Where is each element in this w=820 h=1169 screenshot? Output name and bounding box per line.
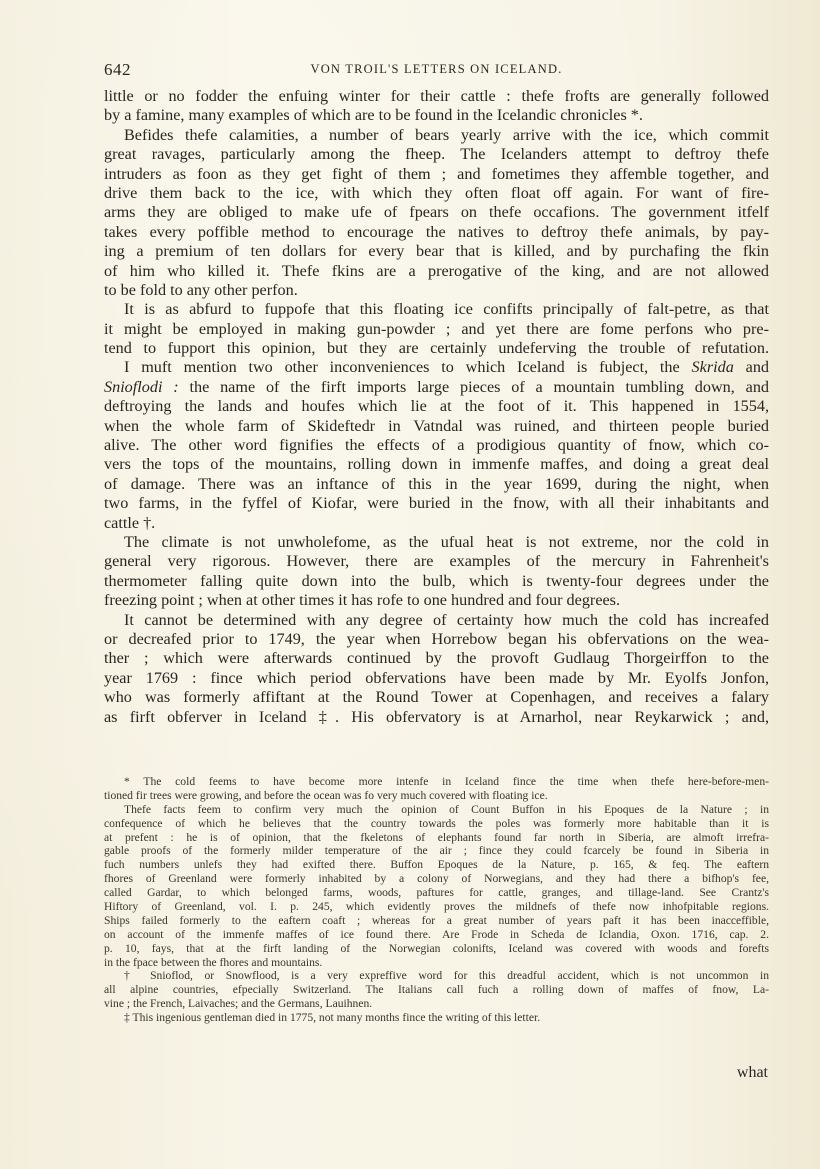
footnote-line: called Gardar, to which belonged farms, … bbox=[104, 886, 769, 900]
footnote-line: at prefent : he is of opinion, that the … bbox=[104, 831, 769, 845]
footnote-line: fuch numbers unlefs they had exifted the… bbox=[104, 858, 769, 872]
text-fragment: the name of the firft imports large piec… bbox=[190, 378, 770, 396]
text-line: takes every poffible method to encourage… bbox=[104, 223, 769, 242]
text-line: general very rigorous. However, there ar… bbox=[104, 552, 769, 571]
footnote-line: vine ; the French, Laivaches; and the Ge… bbox=[104, 997, 769, 1011]
italic-term-snioflodi: Snioflodi : bbox=[104, 378, 179, 396]
text-line: year 1769 : fince which period obfervati… bbox=[104, 669, 769, 688]
text-line: of him who killed it. Thefe fkins are a … bbox=[104, 262, 769, 281]
text-line: It is as abfurd to fuppofe that this flo… bbox=[104, 300, 769, 319]
text-line: to be fold to any other perfon. bbox=[104, 281, 769, 300]
text-line: vers the tops of the mountains, rolling … bbox=[104, 455, 769, 474]
text-line: it might be employed in making gun-powde… bbox=[104, 320, 769, 339]
footnote-line: ‡ This ingenious gentleman died in 1775,… bbox=[104, 1011, 769, 1025]
footnote-line: confequence of which he believes that th… bbox=[104, 817, 769, 831]
book-page: 642 VON TROIL'S LETTERS ON ICELAND. litt… bbox=[0, 0, 820, 1169]
text-line: cattle †. bbox=[104, 514, 769, 533]
text-line: little or no fodder the enfuing winter f… bbox=[104, 87, 769, 106]
footnote-line: all alpine countries, efpecially Switzer… bbox=[104, 983, 769, 997]
italic-term-skrida: Skrida bbox=[692, 358, 734, 376]
text-line: when the whole farm of Skideftedr in Vat… bbox=[104, 417, 769, 436]
footnotes: * The cold feems to have become more int… bbox=[104, 775, 769, 1025]
text-line: intruders as foon as they get fight of t… bbox=[104, 165, 769, 184]
text-line: thermometer falling quite down into the … bbox=[104, 572, 769, 591]
running-head: 642 VON TROIL'S LETTERS ON ICELAND. bbox=[104, 60, 769, 80]
text-line: drive them back to the ice, with which t… bbox=[104, 184, 769, 203]
footnote-line: fhores of Greenland were formerly inhabi… bbox=[104, 872, 769, 886]
text-line: ing a premium of ten dollars for every b… bbox=[104, 242, 769, 261]
main-text: little or no fodder the enfuing winter f… bbox=[104, 87, 769, 727]
footnote-line: * The cold feems to have become more int… bbox=[104, 775, 769, 789]
text-line: The climate is not unwholefome, as the u… bbox=[104, 533, 769, 552]
footnote-line: Thefe facts feem to confirm very much th… bbox=[104, 803, 769, 817]
footnote-line: in the fpace between the fhores and moun… bbox=[104, 956, 769, 970]
text-line: Snioflodi : the name of the firft import… bbox=[104, 378, 769, 397]
text-line: alive. The other word fignifies the effe… bbox=[104, 436, 769, 455]
text-line: I muft mention two other inconveniences … bbox=[104, 358, 769, 377]
footnote-line: tioned fir trees were growing, and befor… bbox=[104, 789, 769, 803]
text-line: two farms, in the fyffel of Kiofar, were… bbox=[104, 494, 769, 513]
text-fragment: I muft mention two other inconveniences … bbox=[124, 358, 680, 376]
text-line: of damage. There was an inftance of this… bbox=[104, 475, 769, 494]
text-fragment: and bbox=[746, 358, 769, 376]
text-line: or decreafed prior to 1749, the year whe… bbox=[104, 630, 769, 649]
text-line: who was formerly affiftant at the Round … bbox=[104, 688, 769, 707]
running-title: VON TROIL'S LETTERS ON ICELAND. bbox=[104, 62, 769, 77]
text-line: deftroying the lands and houfes which li… bbox=[104, 397, 769, 416]
text-line: freezing point ; when at other times it … bbox=[104, 591, 769, 610]
text-line: tend to fupport this opinion, but they a… bbox=[104, 339, 769, 358]
footnote-line: † Snioflod, or Snowflood, is a very expr… bbox=[104, 969, 769, 983]
text-line: great ravages, particularly among the fh… bbox=[104, 145, 769, 164]
catchword: what bbox=[737, 1064, 768, 1082]
text-line: by a famine, many examples of which are … bbox=[104, 106, 769, 125]
text-line: as firft obferver in Iceland ‡. His obfe… bbox=[104, 708, 769, 727]
footnote-line: p. 10, fays, that at the firft landing o… bbox=[104, 942, 769, 956]
text-line: ther ; which were afterwards continued b… bbox=[104, 649, 769, 668]
footnote-line: gable proofs of the formerly milder temp… bbox=[104, 844, 769, 858]
text-line: Befides thefe calamities, a number of be… bbox=[104, 126, 769, 145]
footnote-line: Hiftory of Greenland, vol. I. p. 245, wh… bbox=[104, 900, 769, 914]
text-line: It cannot be determined with any degree … bbox=[104, 611, 769, 630]
text-line: arms they are obliged to make ufe of fpe… bbox=[104, 203, 769, 222]
footnote-line: Ships failed formerly to the eaftern coa… bbox=[104, 914, 769, 928]
footnote-line: on account of the immenfe maffes of ice … bbox=[104, 928, 769, 942]
